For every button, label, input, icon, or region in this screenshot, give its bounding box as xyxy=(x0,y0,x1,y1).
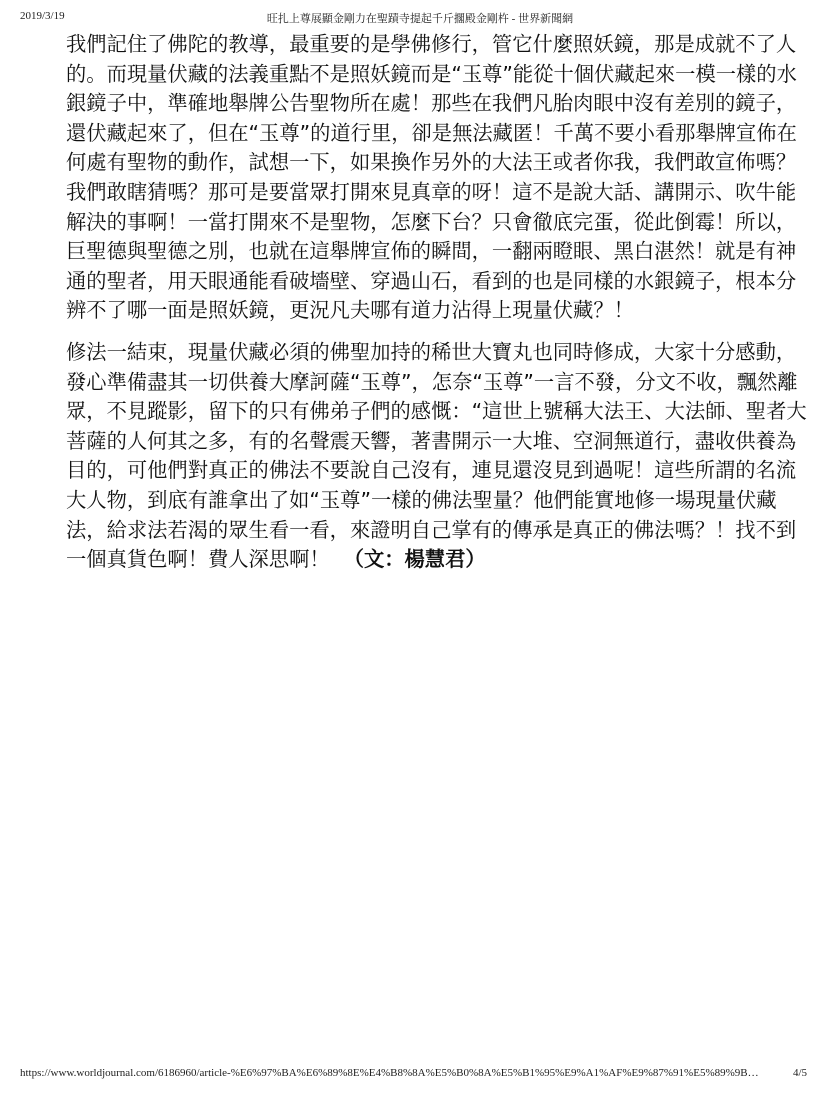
text-line: 修法一結束，現量伏藏必須的佛聖加持的稀世大寶丸也同時修成，大家十分感動， xyxy=(66,338,756,368)
text-line: 的。而現量伏藏的法義重點不是照妖鏡而是“玉尊”能從十個伏藏起來一模一樣的水 xyxy=(66,60,756,90)
text-line: 一個真貨色啊！費人深思啊！ xyxy=(66,547,330,571)
page-number: 4/5 xyxy=(793,1067,807,1079)
last-line: 一個真貨色啊！費人深思啊！（文：楊慧君） xyxy=(66,545,756,575)
text-line: 大人物，到底有誰拿出了如“玉尊”一樣的佛法聖量？他們能實地修一場現量伏藏 xyxy=(66,486,756,516)
text-line: 菩薩的人何其之多，有的名聲震天響，著書開示一大堆、空洞無道行，盡收供養為 xyxy=(66,427,756,457)
text-line: 發心準備盡其一切供養大摩訶薩“玉尊”，怎奈“玉尊”一言不發，分文不收，飄然離 xyxy=(66,368,756,398)
text-line: 巨聖德與聖德之別，也就在這舉牌宣佈的瞬間，一翻兩瞪眼、黑白湛然！就是有神 xyxy=(66,237,756,267)
paragraph-2: 修法一結束，現量伏藏必須的佛聖加持的稀世大寶丸也同時修成，大家十分感動， 發心準… xyxy=(66,338,756,575)
text-line: 眾，不見蹤影，留下的只有佛弟子們的感慨：“這世上號稱大法王、大法師、聖者大 xyxy=(66,397,756,427)
text-line: 我們記住了佛陀的教導，最重要的是學佛修行，管它什麼照妖鏡，那是成就不了人 xyxy=(66,30,756,60)
text-line: 銀鏡子中，準確地舉牌公告聖物所在處！那些在我們凡胎肉眼中沒有差別的鏡子， xyxy=(66,89,756,119)
article-body: 我們記住了佛陀的教導，最重要的是學佛修行，管它什麼照妖鏡，那是成就不了人 的。而… xyxy=(66,30,756,575)
print-footer: https://www.worldjournal.com/6186960/art… xyxy=(0,1067,840,1083)
text-line: 目的，可他們對真正的佛法不要說自己沒有，連見還沒見到過呢！這些所謂的名流 xyxy=(66,456,756,486)
text-line: 解決的事啊！一當打開來不是聖物，怎麼下台？只會徹底完蛋，從此倒霉！所以， xyxy=(66,208,756,238)
text-line: 我們敢瞎猜嗎？那可是要當眾打開來見真章的呀！這不是說大話、講開示、吹牛能 xyxy=(66,178,756,208)
text-line: 何處有聖物的動作，試想一下，如果換作另外的大法王或者你我，我們敢宣佈嗎？ xyxy=(66,148,756,178)
paragraph-spacer xyxy=(66,326,756,338)
text-line: 辨不了哪一面是照妖鏡，更況凡夫哪有道力沾得上現量伏藏？！ xyxy=(66,296,756,326)
text-line: 通的聖者，用天眼通能看破墻壁、穿過山石，看到的也是同樣的水銀鏡子，根本分 xyxy=(66,267,756,297)
print-header: 2019/3/19 旺扎上尊展顯金剛力在聖蹟寺提起千斤擱殿金剛杵 - 世界新聞網 xyxy=(0,10,840,26)
paragraph-1: 我們記住了佛陀的教導，最重要的是學佛修行，管它什麼照妖鏡，那是成就不了人 的。而… xyxy=(66,30,756,326)
text-line: 還伏藏起來了，但在“玉尊”的道行里，卻是無法藏匿！千萬不要小看那舉牌宣佈在 xyxy=(66,119,756,149)
author-credit: （文：楊慧君） xyxy=(344,547,486,571)
page-url: https://www.worldjournal.com/6186960/art… xyxy=(20,1067,759,1079)
text-line: 法，給求法若渴的眾生看一看，來證明自己掌有的傳承是真正的佛法嗎？！找不到 xyxy=(66,516,756,546)
page-title: 旺扎上尊展顯金剛力在聖蹟寺提起千斤擱殿金剛杵 - 世界新聞網 xyxy=(0,10,840,26)
